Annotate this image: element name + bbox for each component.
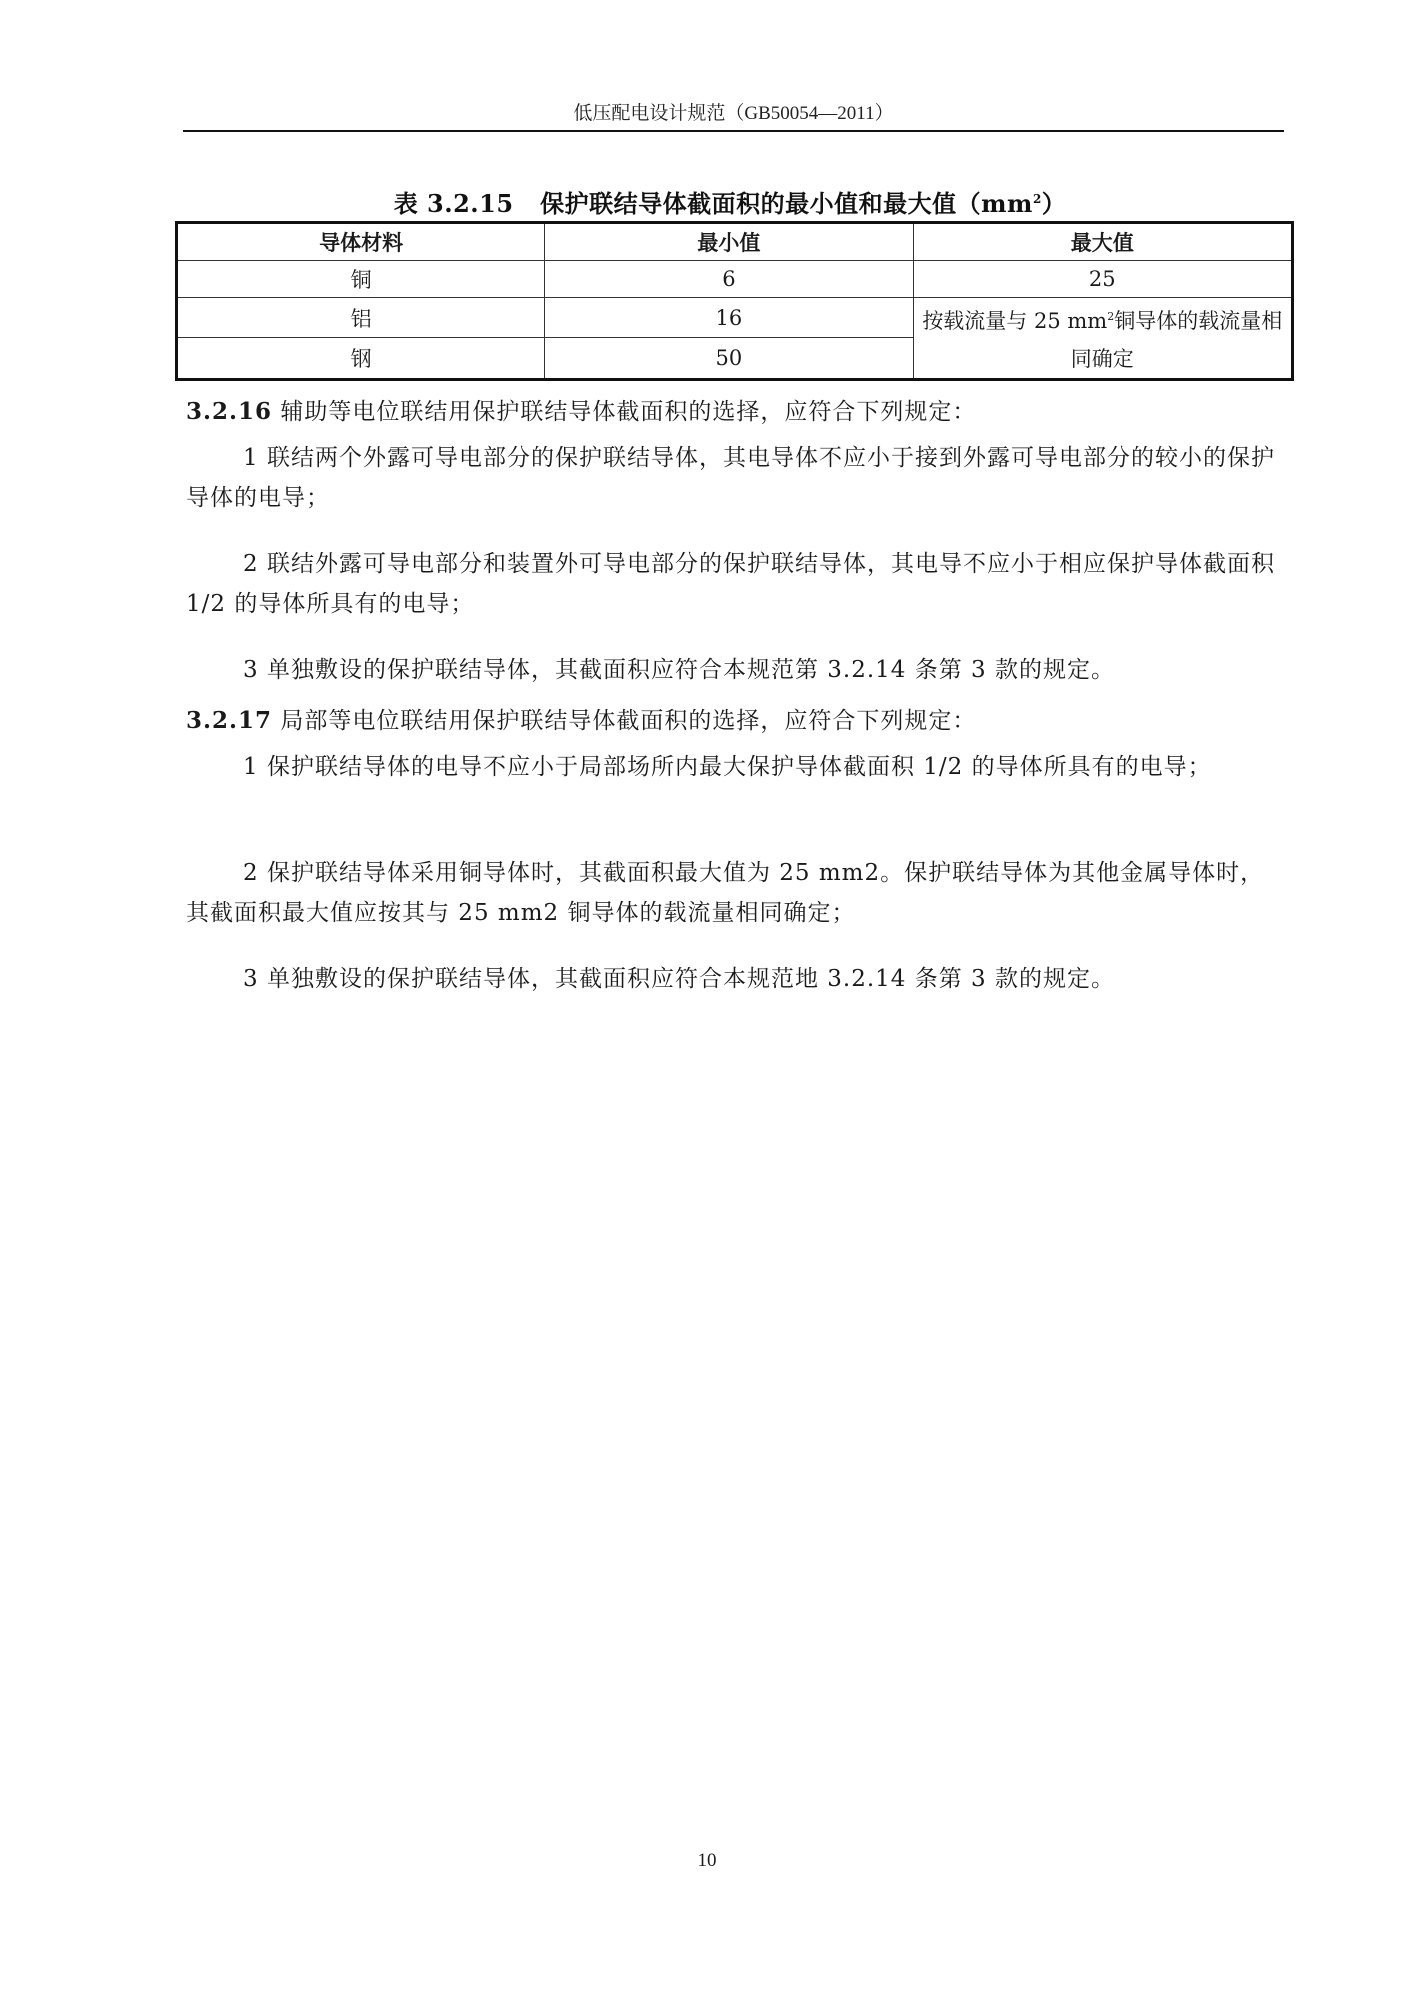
section-3-2-16-item-1: 1 联结两个外露可导电部分的保护联结导体，其电导体不应小于接到外露可导电部分的较… <box>186 438 1286 518</box>
cell-material: 铝 <box>177 298 545 338</box>
header-rule <box>183 130 1284 132</box>
section-title: 局部等电位联结用保护联结导体截面积的选择，应符合下列规定： <box>280 708 976 734</box>
table-caption-title: 保护联结导体截面积的最小值和最大值（mm <box>540 189 1033 218</box>
section-3-2-16-heading: 3.2.16 辅助等电位联结用保护联结导体截面积的选择，应符合下列规定： <box>186 392 1286 432</box>
table-caption-close: ） <box>1042 189 1067 218</box>
section-3-2-17-item-2: 2 保护联结导体采用铜导体时，其截面积最大值为 25 mm2。保护联结导体为其他… <box>186 853 1286 933</box>
table-caption-number: 表 3.2.15 <box>394 189 514 218</box>
column-header-min: 最小值 <box>545 223 913 261</box>
cell-min: 6 <box>545 261 913 298</box>
section-title: 辅助等电位联结用保护联结导体截面积的选择，应符合下列规定： <box>280 399 976 425</box>
table-row: 铝 16 按载流量与 25 mm2铜导体的载流量相同确定 <box>177 298 1293 338</box>
column-header-max: 最大值 <box>913 223 1292 261</box>
cell-max: 25 <box>913 261 1292 298</box>
cell-material: 铜 <box>177 261 545 298</box>
table-row: 铜 6 25 <box>177 261 1293 298</box>
table-header-row: 导体材料 最小值 最大值 <box>177 223 1293 261</box>
section-number: 3.2.17 <box>186 707 272 734</box>
table-caption-sup: 2 <box>1033 192 1042 206</box>
section-3-2-16-item-3: 3 单独敷设的保护联结导体，其截面积应符合本规范第 3.2.14 条第 3 款的… <box>186 650 1286 690</box>
section-number: 3.2.16 <box>186 398 272 425</box>
section-3-2-17-item-1: 1 保护联结导体的电导不应小于局部场所内最大保护导体截面积 1/2 的导体所具有… <box>186 747 1286 787</box>
cell-max-merged-note: 按载流量与 25 mm2铜导体的载流量相同确定 <box>913 298 1292 380</box>
section-3-2-17-item-3: 3 单独敷设的保护联结导体，其截面积应符合本规范地 3.2.14 条第 3 款的… <box>186 959 1286 999</box>
running-header-title: 低压配电设计规范（GB50054—2011） <box>183 98 1284 125</box>
column-header-material: 导体材料 <box>177 223 545 261</box>
page-number: 10 <box>0 1850 1414 1872</box>
cell-min: 16 <box>545 298 913 338</box>
section-3-2-17-heading: 3.2.17 局部等电位联结用保护联结导体截面积的选择，应符合下列规定： <box>186 701 1286 741</box>
note-text-a: 按载流量与 25 mm <box>922 309 1107 333</box>
cell-material: 钢 <box>177 338 545 380</box>
cell-min: 50 <box>545 338 913 380</box>
table-caption: 表 3.2.15 保护联结导体截面积的最小值和最大值（mm2） <box>160 184 1300 219</box>
conductor-size-table: 导体材料 最小值 最大值 铜 6 25 铝 16 按载流量与 25 mm2铜导体… <box>175 221 1294 381</box>
section-3-2-16-item-2: 2 联结外露可导电部分和装置外可导电部分的保护联结导体，其电导不应小于相应保护导… <box>186 544 1286 624</box>
